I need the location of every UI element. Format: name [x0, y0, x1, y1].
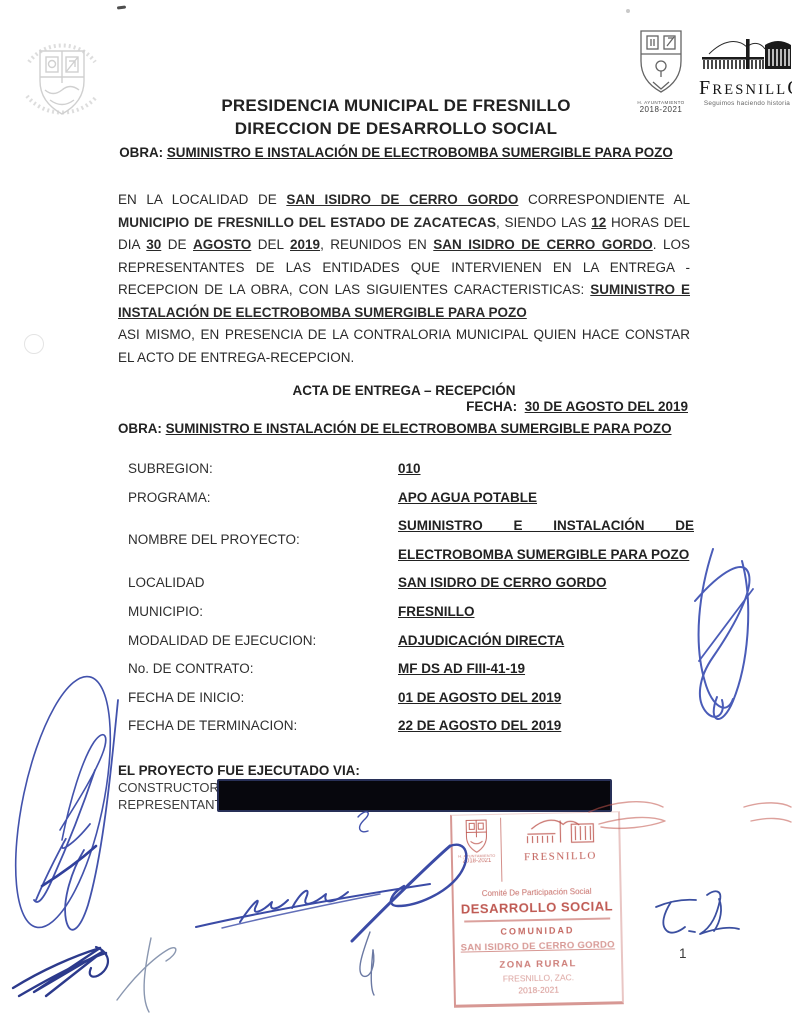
- fecha-line: FECHA: 30 DE AGOSTO DEL 2019: [466, 399, 688, 414]
- header-obra-line: OBRA: SUMINISTRO E INSTALACIÓN DE ELECTR…: [96, 145, 696, 160]
- stamp-community-label: COMUNIDAD: [454, 924, 620, 937]
- field-value: SUMINISTRO E INSTALACIÓN DE ELECTROBOMBA…: [398, 512, 694, 569]
- field-row-localidad: LOCALIDADSAN ISIDRO DE CERRO GORDO: [128, 569, 694, 598]
- fresnillo-letter-o: O: [787, 77, 792, 99]
- fecha-value: 30 DE AGOSTO DEL 2019: [525, 399, 688, 414]
- document-header: PRESIDENCIA MUNICIPAL DE FRESNILLO DIREC…: [96, 94, 696, 160]
- stamp-city: FRESNILLO, ZAC.: [455, 971, 621, 984]
- field-label: PROGRAMA:: [128, 484, 398, 513]
- project-fields: SUBREGION:010 PROGRAMA:APO AGUA POTABLE …: [128, 455, 694, 741]
- stamp-fresnillo-logo: FRESNILLO: [501, 815, 619, 881]
- intro-seg: 2019: [290, 237, 320, 252]
- field-value: FRESNILLO: [398, 598, 694, 627]
- fresnillo-letters-mid: RESNILL: [712, 82, 787, 98]
- intro-seg: SAN ISIDRO DE CERRO GORDO: [286, 192, 518, 207]
- header-title-line1: PRESIDENCIA MUNICIPAL DE FRESNILLO: [96, 94, 696, 117]
- obra-label: OBRA:: [119, 145, 163, 160]
- obra-line-value: SUMINISTRO E INSTALACIÓN DE ELECTROBOMBA…: [166, 421, 672, 436]
- asi-mismo-paragraph: ASI MISMO, EN PRESENCIA DE LA CONTRALORI…: [118, 324, 690, 369]
- intro-seg: AGOSTO: [193, 237, 251, 252]
- fresnillo-tagline: Seguimos haciendo historia: [699, 100, 792, 107]
- field-value: 01 DE AGOSTO DEL 2019: [398, 684, 694, 713]
- executed-title: EL PROYECTO FUE EJECUTADO VIA:: [118, 762, 360, 780]
- fresnillo-wordmark: FRESNILLO: [699, 78, 792, 100]
- field-row-programa: PROGRAMA:APO AGUA POTABLE: [128, 484, 694, 513]
- signature-bottom-left: [13, 947, 108, 996]
- ayuntamiento-shield-icon: [634, 28, 688, 94]
- signature-center: [196, 845, 466, 941]
- field-value: MF DS AD FIII-41-19: [398, 655, 694, 684]
- fresnillo-skyline-icon: [701, 36, 792, 72]
- field-value: ADJUDICACIÓN DIRECTA: [398, 627, 694, 656]
- redaction-bar: [217, 779, 612, 812]
- field-label: MODALIDAD DE EJECUCION:: [128, 627, 398, 656]
- field-row-fecha-inicio: FECHA DE INICIO:01 DE AGOSTO DEL 2019: [128, 684, 694, 713]
- header-title-line2: DIRECCION DE DESARROLLO SOCIAL: [96, 117, 696, 140]
- fecha-label: FECHA:: [466, 399, 517, 414]
- signature-mark-small: [358, 812, 368, 832]
- fresnillo-letter-f: F: [699, 77, 712, 99]
- stamp-rule: [464, 917, 610, 922]
- field-label: No. DE CONTRATO:: [128, 655, 398, 684]
- intro-seg: SAN ISIDRO DE CERRO GORDO: [433, 237, 652, 252]
- obra-line: OBRA: SUMINISTRO E INSTALACIÓN DE ELECTR…: [118, 421, 672, 436]
- field-row-fecha-terminacion: FECHA DE TERMINACION:22 DE AGOSTO DEL 20…: [128, 712, 694, 741]
- intro-seg: CORRESPONDIENTE AL: [518, 192, 690, 207]
- stamp-period: 2018-2021: [456, 983, 622, 996]
- field-label: NOMBRE DEL PROYECTO:: [128, 526, 398, 555]
- field-value: SAN ISIDRO DE CERRO GORDO: [398, 569, 694, 598]
- signature-mark-tk: [117, 938, 176, 1012]
- field-row-subregion: SUBREGION:010: [128, 455, 694, 484]
- intro-seg: , SIENDO LAS: [496, 215, 591, 230]
- stamp-shield: H. AYUNTAMIENTO 2018-2021: [452, 818, 502, 883]
- scan-speck: [117, 5, 126, 9]
- stamp-zone: ZONA RURAL: [455, 957, 621, 971]
- stamp-ayuntamiento-period: 2018-2021: [463, 858, 492, 865]
- body-text: EN LA LOCALIDAD DE SAN ISIDRO DE CERRO G…: [118, 189, 690, 403]
- field-row-municipio: MUNICIPIO:FRESNILLO: [128, 598, 694, 627]
- field-value: 22 DE AGOSTO DEL 2019: [398, 712, 694, 741]
- intro-seg: DEL: [251, 237, 290, 252]
- intro-seg: DE: [161, 237, 193, 252]
- signature-mark-4: [360, 932, 374, 995]
- intro-seg: 12: [591, 215, 606, 230]
- field-label: FECHA DE INICIO:: [128, 684, 398, 713]
- field-label: MUNICIPIO:: [128, 598, 398, 627]
- field-label: SUBREGION:: [128, 455, 398, 484]
- signature-right: [695, 549, 753, 719]
- stamp-fresnillo-wordmark: FRESNILLO: [502, 850, 619, 863]
- fresnillo-logo: FRESNILLO Seguimos haciendo historia: [699, 36, 792, 107]
- stamp-shield-icon: [463, 818, 490, 855]
- scan-circle-artifact: [24, 334, 44, 354]
- stamp-skyline-icon: [523, 816, 598, 848]
- stamp-committee-line: Comité De Participación Social: [454, 886, 620, 898]
- field-value: APO AGUA POTABLE: [398, 484, 694, 513]
- rubber-stamp: H. AYUNTAMIENTO 2018-2021 FRESNILLO Comi…: [450, 811, 624, 1008]
- scanned-document-page: H. AYUNTAMIENTO 2018-2021 FRESNILLO: [0, 0, 792, 1024]
- stamp-header: H. AYUNTAMIENTO 2018-2021 FRESNILLO: [452, 815, 619, 882]
- field-row-modalidad: MODALIDAD DE EJECUCION:ADJUDICACIÓN DIRE…: [128, 627, 694, 656]
- scan-speck: [626, 9, 630, 13]
- page-number: 1: [679, 946, 687, 961]
- field-row-contrato: No. DE CONTRATO:MF DS AD FIII-41-19: [128, 655, 694, 684]
- stamp-community-name: SAN ISIDRO DE CERRO GORDO: [455, 939, 621, 953]
- signature-initials-ej: [656, 891, 739, 934]
- field-label: FECHA DE TERMINACION:: [128, 712, 398, 741]
- intro-paragraph: EN LA LOCALIDAD DE SAN ISIDRO DE CERRO G…: [118, 189, 690, 324]
- obra-value: SUMINISTRO E INSTALACIÓN DE ELECTROBOMBA…: [167, 145, 673, 160]
- field-label: LOCALIDAD: [128, 569, 398, 598]
- stamp-title: DESARROLLO SOCIAL: [454, 898, 620, 916]
- signature-left: [0, 668, 129, 935]
- field-value: 010: [398, 455, 694, 484]
- field-row-nombre-proyecto: NOMBRE DEL PROYECTO:SUMINISTRO E INSTALA…: [128, 512, 694, 569]
- intro-seg: 30: [146, 237, 161, 252]
- intro-seg: , REUNIDOS EN: [320, 237, 433, 252]
- obra-line-label: OBRA:: [118, 421, 162, 436]
- intro-seg: MUNICIPIO DE FRESNILLO DEL ESTADO DE ZAC…: [118, 215, 496, 230]
- intro-seg: EN LA LOCALIDAD DE: [118, 192, 286, 207]
